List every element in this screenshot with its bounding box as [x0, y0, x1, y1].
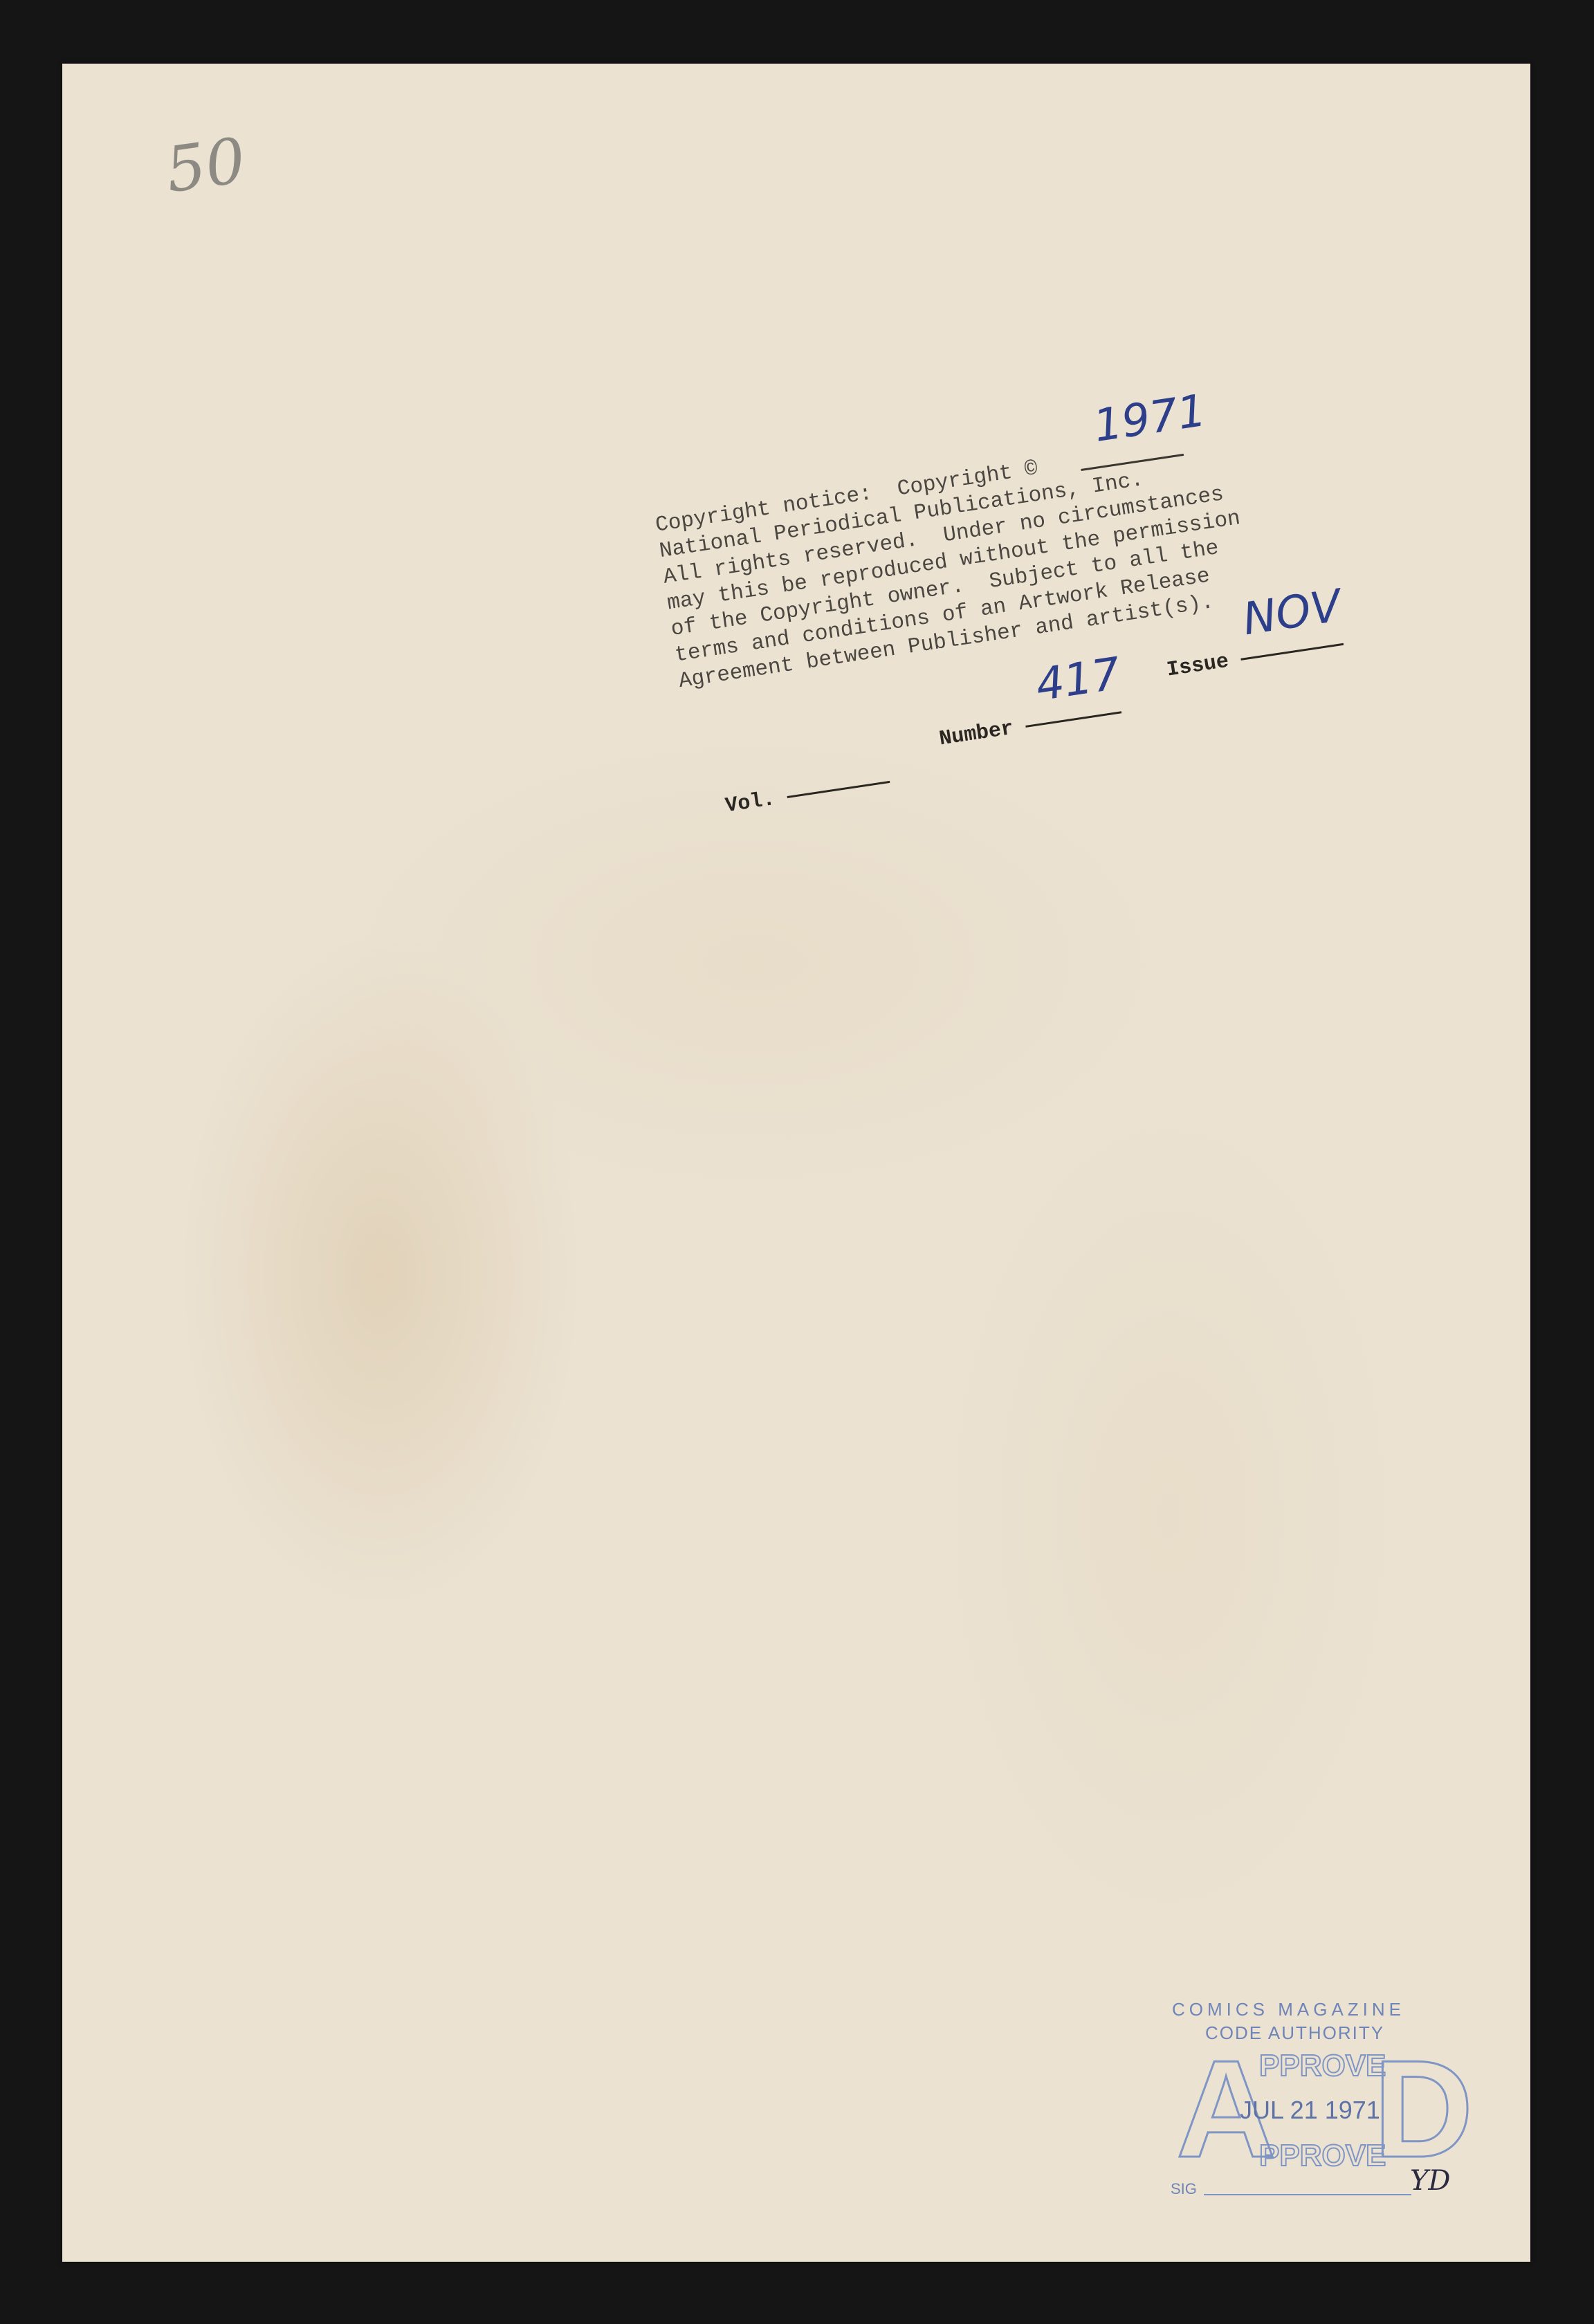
stamp-word-top: PPROVE — [1259, 2049, 1386, 2083]
number-rule — [1025, 711, 1121, 728]
vol-rule — [787, 780, 890, 797]
issue-value: NOV — [1241, 593, 1342, 634]
vol-field: Vol. — [724, 769, 892, 820]
copyright-notice: 1971 Copyright notice: Copyright © Natio… — [654, 411, 1381, 797]
stamp-org-line1: COMICS MAGAZINE — [1172, 1999, 1405, 2020]
code-authority-stamp: COMICS MAGAZINE CODE AUTHORITY A PPROVE … — [1162, 1992, 1453, 2199]
issue-label: Issue — [1165, 650, 1230, 683]
stamp-sig-line — [1204, 2194, 1411, 2195]
issue-field: Issue NOV — [1165, 631, 1346, 684]
stamp-sig-label: SIG — [1171, 2180, 1197, 2198]
number-field: Number 417 — [937, 699, 1124, 753]
stamp-letter-d: D — [1373, 2040, 1473, 2179]
stamp-word-bottom: PPROVE — [1259, 2139, 1386, 2173]
number-value: 417 — [1034, 661, 1121, 699]
stamp-initials: YD — [1410, 2165, 1450, 2197]
issue-rule — [1240, 643, 1344, 660]
artboard-back: 50 1971 Copyright notice: Copyright © Na… — [62, 64, 1530, 2262]
copyright-year: 1971 — [1092, 398, 1208, 441]
pencil-note: 50 — [161, 124, 250, 207]
number-label: Number — [937, 717, 1015, 752]
stamp-date: JUL 21 1971 — [1240, 2096, 1380, 2125]
vol-label: Vol. — [724, 788, 776, 818]
